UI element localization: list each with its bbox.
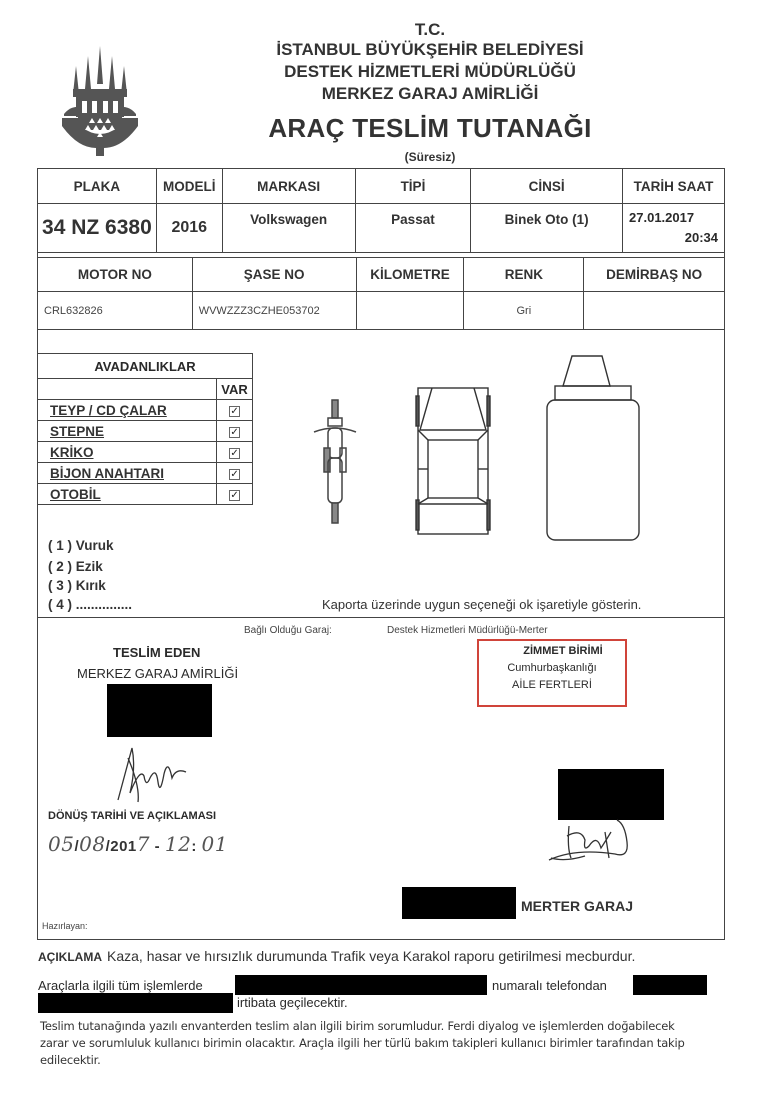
renk-value: Gri bbox=[464, 292, 584, 330]
car-diagram-icon bbox=[414, 384, 494, 536]
redacted-block bbox=[558, 769, 664, 820]
tarih-value: 27.01.2017 bbox=[629, 210, 694, 225]
kilometre-value bbox=[356, 292, 464, 330]
model-value: 2016 bbox=[156, 204, 222, 253]
section-divider bbox=[37, 617, 725, 618]
saat-value: 20:34 bbox=[629, 228, 718, 248]
receiver-garage: MERTER GARAJ bbox=[521, 898, 633, 914]
header-tarih-saat: TARİH SAAT bbox=[623, 169, 725, 204]
donus-tarihi-label: DÖNÜŞ TARİHİ VE AÇIKLAMASI bbox=[48, 810, 216, 822]
zimmet-birimi-line-1: Cumhurbaşkanlığı bbox=[479, 662, 625, 674]
sase-no-value: WVWZZZ3CZHE053702 bbox=[192, 292, 356, 330]
donus-year-hand: 7 bbox=[137, 832, 150, 856]
equipment-title: AVADANLIKLAR bbox=[38, 354, 253, 379]
garage-label: Bağlı Olduğu Garaj: bbox=[244, 625, 332, 636]
prepared-by-label: Hazırlayan: bbox=[42, 921, 88, 931]
zimmet-birimi-label: ZİMMET BİRİMİ bbox=[501, 645, 625, 657]
header-motor-no: MOTOR NO bbox=[38, 258, 193, 292]
redacted-block bbox=[235, 975, 487, 995]
signature-icon bbox=[545, 818, 635, 868]
header-org-1: İSTANBUL BÜYÜKŞEHİR BELEDİYESİ bbox=[150, 40, 710, 60]
header-demirbas-no: DEMİRBAŞ NO bbox=[584, 258, 725, 292]
zimmet-birimi-line-2: AİLE FERTLERİ bbox=[479, 679, 625, 691]
header-tc: T.C. bbox=[150, 20, 710, 40]
motor-no-value: CRL632826 bbox=[38, 292, 193, 330]
header-plaka: PLAKA bbox=[38, 169, 157, 204]
aciklama-text: Kaza, hasar ve hırsızlık durumunda Trafi… bbox=[107, 948, 635, 964]
donus-tarihi-value: 05/08/2017 - 12: 01 bbox=[48, 832, 228, 856]
bodywork-instruction: Kaporta üzerinde uygun seçeneği ok işare… bbox=[322, 597, 641, 612]
document-subtitle: (Süresiz) bbox=[150, 150, 710, 164]
signature-icon bbox=[110, 738, 190, 808]
contact-prefix: Araçlarla ilgili tüm işlemlerde bbox=[38, 978, 203, 993]
tip-value: Passat bbox=[355, 204, 471, 253]
equipment-label: TEYP / CD ÇALAR bbox=[38, 400, 217, 421]
teslim-eden-label: TESLİM EDEN bbox=[113, 645, 200, 660]
motorcycle-diagram-icon bbox=[312, 398, 362, 528]
zimmet-birimi-box: ZİMMET BİRİMİ Cumhurbaşkanlığı AİLE FERT… bbox=[477, 639, 627, 707]
checkbox-checked-icon[interactable]: ✓ bbox=[229, 427, 240, 438]
damage-legend-item: ( 1 ) Vuruk bbox=[48, 538, 114, 553]
donus-minute: 01 bbox=[201, 832, 227, 856]
document-title: ARAÇ TESLİM TUTANAĞI bbox=[150, 113, 710, 144]
checkbox-checked-icon[interactable]: ✓ bbox=[229, 406, 240, 417]
header-cins: CİNSİ bbox=[471, 169, 623, 204]
equipment-table: AVADANLIKLAR VAR TEYP / CD ÇALAR ✓ STEPN… bbox=[37, 353, 253, 505]
header-renk: RENK bbox=[464, 258, 584, 292]
donus-year-printed: 201 bbox=[110, 838, 137, 855]
header-org-3: MERKEZ GARAJ AMİRLİĞİ bbox=[150, 84, 710, 104]
marka-value: Volkswagen bbox=[222, 204, 355, 253]
equipment-row: BİJON ANAHTARI ✓ bbox=[38, 463, 253, 484]
equipment-label: KRİKO bbox=[38, 442, 217, 463]
damage-legend-item: ( 4 ) ............... bbox=[48, 597, 132, 612]
teslim-eden-value: MERKEZ GARAJ AMİRLİĞİ bbox=[77, 666, 238, 681]
responsibility-paragraph: Teslim tutanağında yazılı envanterden te… bbox=[40, 1018, 700, 1069]
ibb-logo-icon bbox=[62, 44, 138, 156]
donus-day: 05 bbox=[48, 832, 74, 856]
garage-value: Destek Hizmetleri Müdürlüğü-Merter bbox=[387, 625, 548, 636]
aciklama-label: AÇIKLAMA bbox=[38, 950, 102, 964]
equipment-row: STEPNE ✓ bbox=[38, 421, 253, 442]
donus-hour: 12 bbox=[165, 832, 191, 856]
checkbox-checked-icon[interactable]: ✓ bbox=[229, 448, 240, 459]
header-sase-no: ŞASE NO bbox=[192, 258, 356, 292]
aciklama-line: AÇIKLAMAKaza, hasar ve hırsızlık durumun… bbox=[38, 948, 635, 964]
equipment-row: KRİKO ✓ bbox=[38, 442, 253, 463]
redacted-block bbox=[402, 887, 516, 919]
header-model: MODELİ bbox=[156, 169, 222, 204]
header-kilometre: KİLOMETRE bbox=[356, 258, 464, 292]
header-org-2: DESTEK HİZMETLERİ MÜDÜRLÜĞÜ bbox=[150, 62, 710, 82]
vehicle-table: PLAKA MODELİ MARKASI TİPİ CİNSİ TARİH SA… bbox=[37, 168, 725, 253]
demirbas-no-value bbox=[584, 292, 725, 330]
plaka-value: 34 NZ 6380 bbox=[38, 204, 157, 253]
equipment-row: TEYP / CD ÇALAR ✓ bbox=[38, 400, 253, 421]
equipment-label: BİJON ANAHTARI bbox=[38, 463, 217, 484]
redacted-block bbox=[38, 993, 233, 1013]
equipment-label: STEPNE bbox=[38, 421, 217, 442]
damage-legend-item: ( 3 ) Kırık bbox=[48, 578, 106, 593]
cins-value: Binek Oto (1) bbox=[471, 204, 623, 253]
contact-middle: numaralı telefondan bbox=[492, 978, 607, 993]
contact-suffix: irtibata geçilecektir. bbox=[237, 995, 348, 1010]
checkbox-checked-icon[interactable]: ✓ bbox=[229, 490, 240, 501]
damage-legend-item: ( 2 ) Ezik bbox=[48, 559, 103, 574]
equipment-label: OTOBİL bbox=[38, 484, 217, 505]
details-table: MOTOR NO ŞASE NO KİLOMETRE RENK DEMİRBAŞ… bbox=[37, 257, 725, 330]
header-marka: MARKASI bbox=[222, 169, 355, 204]
redacted-block bbox=[107, 684, 212, 737]
checkbox-checked-icon[interactable]: ✓ bbox=[229, 469, 240, 480]
redacted-block bbox=[633, 975, 707, 995]
donus-month: 08 bbox=[79, 832, 105, 856]
equipment-row: OTOBİL ✓ bbox=[38, 484, 253, 505]
tarih-saat-value: 27.01.2017 20:34 bbox=[623, 204, 725, 253]
header-tip: TİPİ bbox=[355, 169, 471, 204]
var-header: VAR bbox=[217, 379, 253, 400]
van-diagram-icon bbox=[545, 354, 641, 544]
